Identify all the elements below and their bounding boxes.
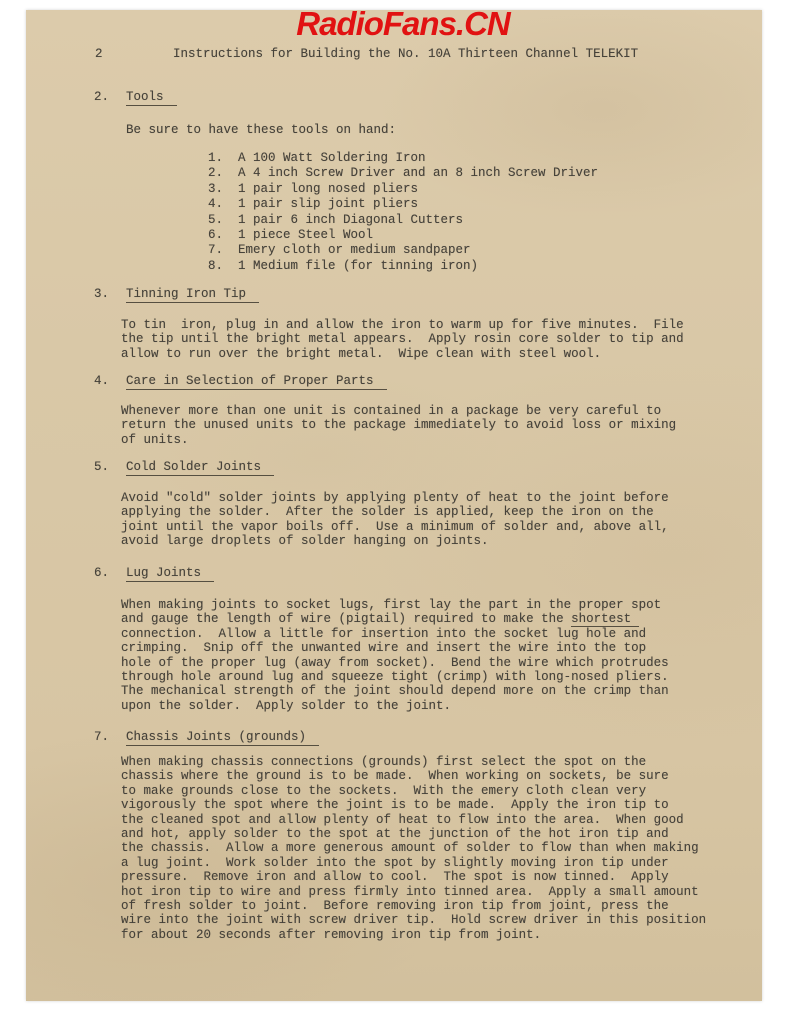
tool-list-item: 3.1 pair long nosed pliers <box>208 182 598 197</box>
document-page: RadioFans.CN 2 Instructions for Building… <box>26 10 762 1001</box>
text-segment: and gauge the length of wire (pigtail) r… <box>121 612 571 626</box>
tool-list: 1.A 100 Watt Soldering Iron2.A 4 inch Sc… <box>208 151 598 274</box>
tool-item-text: A 4 inch Screw Driver and an 8 inch Scre… <box>238 166 598 180</box>
paragraph-line: connection. Allow a little for insertion… <box>121 627 669 641</box>
section-number: 6. <box>94 566 109 580</box>
tool-item-number: 4. <box>208 197 238 212</box>
section-intro: Be sure to have these tools on hand: <box>126 123 396 137</box>
section-title: Cold Solder Joints <box>126 460 274 476</box>
paragraph-line: of fresh solder to joint. Before removin… <box>121 899 706 913</box>
paragraph-line: Whenever more than one unit is contained… <box>121 404 676 418</box>
section-heading: 6.Lug Joints <box>26 566 762 581</box>
tool-item-text: 1 pair 6 inch Diagonal Cutters <box>238 213 463 227</box>
paragraph-line: and hot, apply solder to the spot at the… <box>121 827 706 841</box>
paragraph-line: To tin iron, plug in and allow the iron … <box>121 318 684 332</box>
section-number: 5. <box>94 460 109 474</box>
paragraph-line: the chassis. Allow a more generous amoun… <box>121 841 706 855</box>
section-title: Chassis Joints (grounds) <box>126 730 319 746</box>
doc-header: 2 Instructions for Building the No. 10A … <box>26 47 762 62</box>
section-number: 2. <box>94 90 109 104</box>
section-title: Tinning Iron Tip <box>126 287 259 303</box>
section-title: Lug Joints <box>126 566 214 582</box>
tool-item-text: 1 Medium file (for tinning iron) <box>238 259 478 273</box>
paragraph-line: a lug joint. Work solder into the spot b… <box>121 856 706 870</box>
section-number: 7. <box>94 730 109 744</box>
section-heading: 3.Tinning Iron Tip <box>26 287 762 302</box>
paragraph-line: avoid large droplets of solder hanging o… <box>121 534 669 548</box>
tool-item-number: 3. <box>208 182 238 197</box>
section-heading: 2.Tools <box>26 90 762 105</box>
paragraph-line: hot iron tip to wire and press firmly in… <box>121 885 706 899</box>
tool-item-number: 7. <box>208 243 238 258</box>
section-paragraph: When making chassis connections (grounds… <box>121 755 706 942</box>
paragraph-line: applying the solder. After the solder is… <box>121 505 669 519</box>
tool-item-text: 1 pair long nosed pliers <box>238 182 418 196</box>
paragraph-line: wire into the joint with screw driver ti… <box>121 913 706 927</box>
tool-list-item: 2.A 4 inch Screw Driver and an 8 inch Sc… <box>208 166 598 181</box>
paragraph-line: and gauge the length of wire (pigtail) r… <box>121 612 669 626</box>
tool-item-number: 5. <box>208 213 238 228</box>
paragraph-line: hole of the proper lug (away from socket… <box>121 656 669 670</box>
underlined-word: shortest <box>571 612 639 627</box>
tool-list-item: 4.1 pair slip joint pliers <box>208 197 598 212</box>
tool-list-item: 8.1 Medium file (for tinning iron) <box>208 259 598 274</box>
paragraph-line: the cleaned spot and allow plenty of hea… <box>121 813 706 827</box>
paragraph-line: to make grounds close to the sockets. Wi… <box>121 784 706 798</box>
paragraph-line: The mechanical strength of the joint sho… <box>121 684 669 698</box>
section-number: 4. <box>94 374 109 388</box>
section-heading: 4.Care in Selection of Proper Parts <box>26 374 762 389</box>
tool-item-number: 1. <box>208 151 238 166</box>
paragraph-line: for about 20 seconds after removing iron… <box>121 928 706 942</box>
paragraph-line: Avoid "cold" solder joints by applying p… <box>121 491 669 505</box>
section-heading: 7.Chassis Joints (grounds) <box>26 730 762 745</box>
section-paragraph: Avoid "cold" solder joints by applying p… <box>121 491 669 549</box>
paragraph-line: When making chassis connections (grounds… <box>121 755 706 769</box>
tool-item-text: A 100 Watt Soldering Iron <box>238 151 426 165</box>
tool-list-item: 1.A 100 Watt Soldering Iron <box>208 151 598 166</box>
paragraph-line: of units. <box>121 433 676 447</box>
paragraph-line: allow to run over the bright metal. Wipe… <box>121 347 684 361</box>
paragraph-line: through hole around lug and squeeze tigh… <box>121 670 669 684</box>
paragraph-line: return the unused units to the package i… <box>121 418 676 432</box>
section-title: Tools <box>126 90 177 106</box>
watermark-text: RadioFans.CN <box>26 5 762 43</box>
section-title: Care in Selection of Proper Parts <box>126 374 387 390</box>
tool-list-item: 6.1 piece Steel Wool <box>208 228 598 243</box>
tool-item-text: Emery cloth or medium sandpaper <box>238 243 471 257</box>
tool-list-item: 5.1 pair 6 inch Diagonal Cutters <box>208 213 598 228</box>
page-number: 2 <box>95 47 103 61</box>
tool-item-text: 1 pair slip joint pliers <box>238 197 418 211</box>
section-paragraph: Whenever more than one unit is contained… <box>121 404 676 447</box>
tool-item-text: 1 piece Steel Wool <box>238 228 373 242</box>
section-paragraph: To tin iron, plug in and allow the iron … <box>121 318 684 361</box>
page-title: Instructions for Building the No. 10A Th… <box>173 47 638 61</box>
section-number: 3. <box>94 287 109 301</box>
tool-list-item: 7.Emery cloth or medium sandpaper <box>208 243 598 258</box>
section-paragraph: When making joints to socket lugs, first… <box>121 598 669 713</box>
paragraph-line: chassis where the ground is to be made. … <box>121 769 706 783</box>
paragraph-line: joint until the vapor boils off. Use a m… <box>121 520 669 534</box>
paragraph-line: the tip until the bright metal appears. … <box>121 332 684 346</box>
tool-item-number: 6. <box>208 228 238 243</box>
tool-item-number: 8. <box>208 259 238 274</box>
paragraph-line: upon the solder. Apply solder to the joi… <box>121 699 669 713</box>
tool-item-number: 2. <box>208 166 238 181</box>
paragraph-line: crimping. Snip off the unwanted wire and… <box>121 641 669 655</box>
paragraph-line: pressure. Remove iron and allow to cool.… <box>121 870 706 884</box>
paragraph-line: vigorously the spot where the joint is t… <box>121 798 706 812</box>
section-heading: 5.Cold Solder Joints <box>26 460 762 475</box>
paragraph-line: When making joints to socket lugs, first… <box>121 598 669 612</box>
